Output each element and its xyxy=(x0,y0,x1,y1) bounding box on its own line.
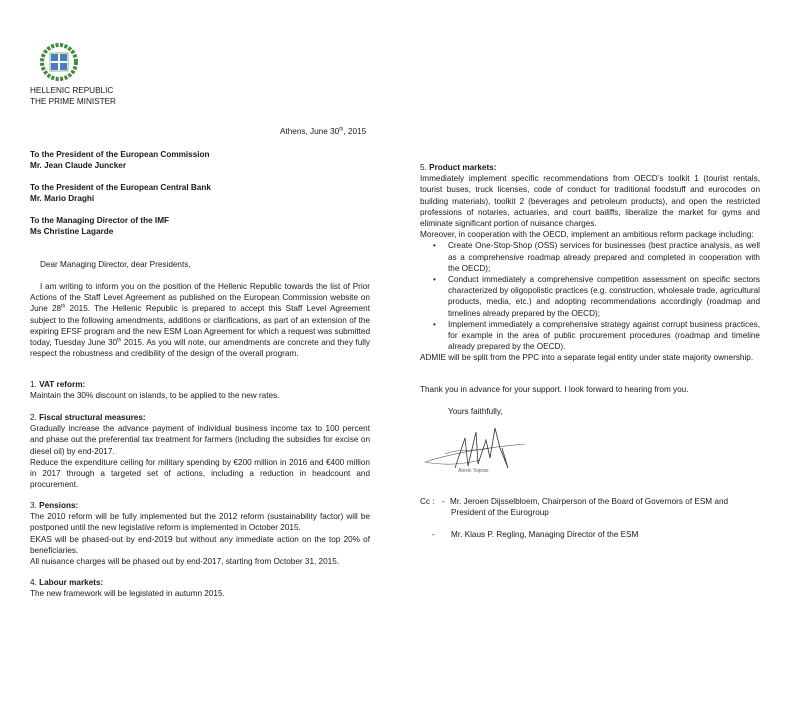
letterhead-line1: HELLENIC REPUBLIC xyxy=(30,86,116,97)
cc-recipient-name: Mr. Klaus P. Regling xyxy=(451,529,524,540)
section-paragraph: Reduce the expenditure ceiling for milit… xyxy=(30,457,370,491)
thanks-line: Thank you in advance for your support. I… xyxy=(420,384,689,395)
section-title: Pensions: xyxy=(39,501,78,510)
addressee-commission: To the President of the European Commiss… xyxy=(30,149,370,171)
cc-recipient-role: , Managing Director of the ESM xyxy=(524,529,638,540)
section-title: Labour markets: xyxy=(39,578,103,587)
addressee-ecb: To the President of the European Central… xyxy=(30,182,370,204)
addressee-title: To the President of the European Commiss… xyxy=(30,149,370,160)
cc-dash: - xyxy=(442,496,450,507)
section-number: 4. xyxy=(30,578,39,587)
section-title: Fiscal structural measures: xyxy=(39,413,146,422)
section-vat-reform: 1. VAT reform: Maintain the 30% discount… xyxy=(30,379,370,401)
addressee-name: Ms Christine Lagarde xyxy=(30,226,370,237)
section-product-markets: 5. Product markets: Immediately implemen… xyxy=(420,162,760,364)
reform-bullet-list: Create One-Stop-Shop (OSS) services for … xyxy=(420,240,760,352)
addressee-title: To the President of the European Central… xyxy=(30,182,370,193)
section-heading: 4. Labour markets: xyxy=(30,577,370,588)
bullet-item: Create One-Stop-Shop (OSS) services for … xyxy=(448,240,760,274)
cc-block: Cc : - Mr. Jeroen Dijsselbloem, Chairper… xyxy=(420,496,760,541)
section-pensions: 3. Pensions: The 2010 reform will be ful… xyxy=(30,500,370,567)
section-heading: 1. VAT reform: xyxy=(30,379,370,390)
section-number: 5. xyxy=(420,163,429,172)
cc-label: Cc : xyxy=(420,496,442,507)
section-paragraph: Immediately implement specific recommend… xyxy=(420,173,760,229)
closing-line: Yours faithfully, xyxy=(448,406,503,417)
section-number: 3. xyxy=(30,501,39,510)
greek-coat-of-arms-icon xyxy=(40,43,78,81)
letter-date: Athens, June 30th, 2015 xyxy=(280,126,366,137)
section-title: Product markets: xyxy=(429,163,496,172)
addressee-title: To the Managing Director of the IMF xyxy=(30,215,370,226)
cc-entry: - Mr. Klaus P. Regling, Managing Directo… xyxy=(420,529,760,540)
cc-recipient-line: Mr. Jeroen Dijsselbloem, Chairperson of … xyxy=(450,496,728,507)
addressee-name: Mr. Mario Draghi xyxy=(30,193,370,204)
salutation: Dear Managing Director, dear Presidents, xyxy=(40,259,191,270)
section-paragraph: Moreover, in cooperation with the OECD, … xyxy=(420,229,760,240)
section-heading: 5. Product markets: xyxy=(420,162,760,173)
cc-dash: - xyxy=(432,529,451,540)
signature-name: Alexis Tsipras xyxy=(458,468,488,474)
letterhead-line2: THE PRIME MINISTER xyxy=(30,97,116,108)
section-paragraph: EKAS will be phased-out by end-2019 but … xyxy=(30,534,370,556)
letterhead: HELLENIC REPUBLIC THE PRIME MINISTER xyxy=(30,86,116,107)
handwritten-signature-icon: Alexis Tsipras xyxy=(420,418,530,478)
date-year: , 2015 xyxy=(343,127,366,136)
cc-entry: Cc : - Mr. Jeroen Dijsselbloem, Chairper… xyxy=(420,496,760,507)
addressee-name: Mr. Jean Claude Juncker xyxy=(30,160,370,171)
section-labour-markets: 4. Labour markets: The new framework wil… xyxy=(30,577,370,599)
section-paragraph: The new framework will be legislated in … xyxy=(30,588,370,599)
intro-paragraph: I am writing to inform you on the positi… xyxy=(30,281,370,359)
section-paragraph: The 2010 reform will be fully implemente… xyxy=(30,511,370,533)
date-text: Athens, June 30 xyxy=(280,127,339,136)
section-title: VAT reform: xyxy=(39,380,85,389)
section-paragraph: Gradually increase the advance payment o… xyxy=(30,423,370,457)
section-number: 1. xyxy=(30,380,39,389)
section-fiscal-measures: 2. Fiscal structural measures: Gradually… xyxy=(30,412,370,490)
section-heading: 3. Pensions: xyxy=(30,500,370,511)
section-heading: 2. Fiscal structural measures: xyxy=(30,412,370,423)
bullet-item: Implement immediately a comprehensive st… xyxy=(448,319,760,353)
section-paragraph: Maintain the 30% discount on islands, to… xyxy=(30,390,370,401)
bullet-item: Conduct immediately a comprehensive comp… xyxy=(448,274,760,319)
section-paragraph: All nuisance charges will be phased out … xyxy=(30,556,370,567)
cc-recipient-line: President of the Eurogroup xyxy=(420,507,760,518)
section-paragraph: ADMIE will be split from the PPC into a … xyxy=(420,352,760,363)
addressee-imf: To the Managing Director of the IMF Ms C… xyxy=(30,215,370,237)
section-number: 2. xyxy=(30,413,39,422)
